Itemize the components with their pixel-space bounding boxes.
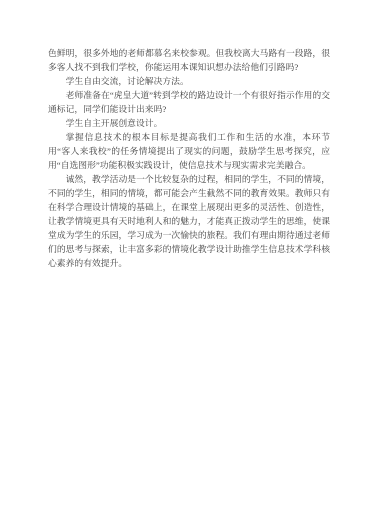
paragraph: 掌握信息技术的根本目标是提高我们工作和生活的水准，本环节用“客人来我校”的任务情…	[48, 130, 330, 172]
paragraph: 诚然，教学活动是一个比较复杂的过程，相同的学生，不同的情境，不同的学生，相同的情…	[48, 172, 330, 270]
paragraph: 学生自由交流，讨论解决方法。	[48, 74, 330, 88]
paragraph: 色鲜明，很多外地的老师都慕名来校参观。但我校离大马路有一段路，很多客人找不到我们…	[48, 46, 330, 74]
document-text: 色鲜明，很多外地的老师都慕名来校参观。但我校离大马路有一段路，很多客人找不到我们…	[48, 46, 330, 270]
document-page: 色鲜明，很多外地的老师都慕名来校参观。但我校离大马路有一段路，很多客人找不到我们…	[0, 0, 372, 527]
paragraph: 学生自主开展创意设计。	[48, 116, 330, 130]
paragraph: 老师准备在“虎皇大道”转到学校的路边设计一个有很好指示作用的交通标记，同学们能设…	[48, 88, 330, 116]
